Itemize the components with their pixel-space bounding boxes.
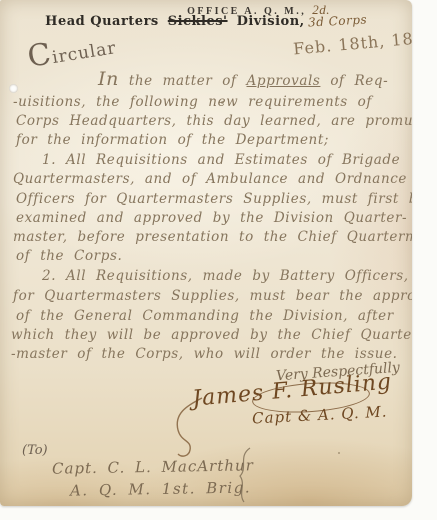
letter-paper: OFFICE A. Q. M.,2d. Head Quarters Sickle… [0,0,412,506]
hq-label-end: Division, [237,14,305,29]
body-text: of Req- [320,73,388,89]
body-line: Quartermasters, and of Ambulance and Ord… [13,172,407,187]
body-line: for Quartermasters Supplies, must bear t… [13,289,412,304]
body-line: of the Corps. [16,249,122,264]
punch-hole [9,84,18,93]
scanned-letter: OFFICE A. Q. M.,2d. Head Quarters Sickle… [0,0,437,520]
body-line: Officers for Quartermasters Supplies, mu… [16,192,412,207]
body-line: -uisitions, the following new requiremen… [13,95,372,110]
circular-label: Circular [27,37,118,72]
body-line: examined and approved by the Division Qu… [16,211,407,226]
pen-brace-mark [232,446,256,504]
signature-flourish-loop [168,392,208,462]
hq-struck-word: Sickles' [168,14,228,29]
to-label: (To) [22,443,48,458]
body-line: 1. All Requisitions and Estimates of Bri… [42,153,400,168]
underlined-word: Approvals [247,73,321,89]
body-text: the matter of [119,73,247,89]
ink-speck [338,452,340,454]
body-line: Corps Headquarters, this day learned, ar… [16,114,412,129]
printed-headquarters-line: Head Quarters Sickles' Division,3d Corps [0,14,412,29]
body-line: -master of the Corps, who will order the… [11,347,398,362]
body-line: In the matter of Approvals of Req- [98,72,388,89]
body-line: master, before presentation to the Chief… [13,230,412,245]
hq-label-start: Head Quarters [45,14,159,29]
body-line: 2. All Requisitions, made by Battery Off… [42,269,409,284]
addressee-title: A. Q. M. 1st. Brig. [70,478,251,499]
hq-corps-handwritten: 3d Corps [307,12,367,29]
date-line: Feb. 18th, 1863. [292,27,412,59]
opening-word: In [98,68,119,90]
body-line: of the General Commanding the Division, … [16,309,394,324]
body-line: which they will be approved by the Chief… [11,328,412,343]
body-line: for the information of the Department; [16,133,329,148]
addressee-name: Capt. C. L. MacArthur [52,456,254,478]
